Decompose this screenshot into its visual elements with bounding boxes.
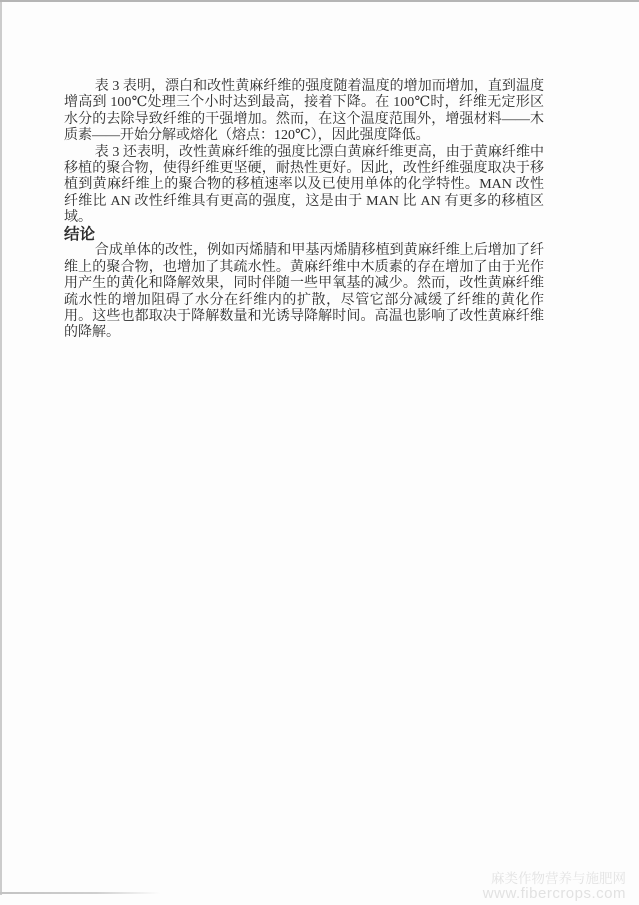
watermark: 麻类作物营养与施肥网 www.fibercrops.com [483, 871, 626, 901]
scan-edge-left-line [0, 2, 2, 895]
page-text-block: 表 3 表明，漂白和改性黄麻纤维的强度随着温度的增加而增加，直到温度增高到 10… [64, 79, 544, 342]
section-heading-conclusion: 结论 [64, 227, 544, 244]
watermark-url: www.fibercrops.com [483, 886, 626, 901]
scan-edge-top-line [0, 0, 639, 2]
paragraph-modified-fiber-strength: 表 3 还表明，改性黄麻纤维的强度比漂白黄麻纤维更高，由于黄麻纤维中移植的聚合物… [64, 145, 544, 227]
paragraph-conclusion-body: 合成单体的改性，例如丙烯腈和甲基丙烯腈移植到黄麻纤维上后增加了纤维上的聚合物，也… [64, 243, 544, 341]
paragraph-temperature-strength: 表 3 表明，漂白和改性黄麻纤维的强度随着温度的增加而增加，直到温度增高到 10… [64, 79, 544, 145]
scan-edge-bottom-left-line [0, 892, 160, 894]
watermark-site-name: 麻类作物营养与施肥网 [483, 871, 626, 886]
